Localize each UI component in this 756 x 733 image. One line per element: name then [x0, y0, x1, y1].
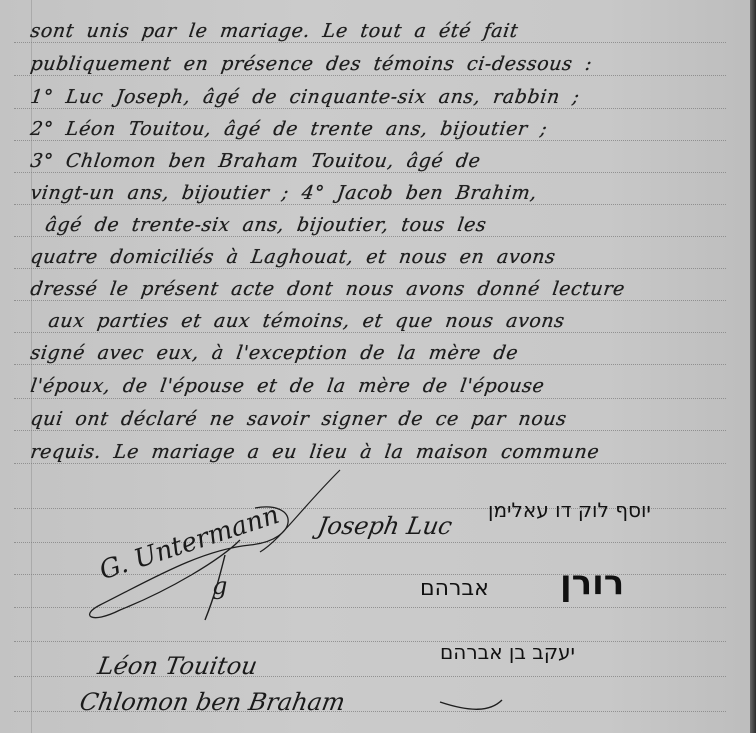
signature-flourish-icon — [0, 0, 756, 733]
document-page: sont unis par le mariage. Le tout a été … — [0, 0, 756, 733]
